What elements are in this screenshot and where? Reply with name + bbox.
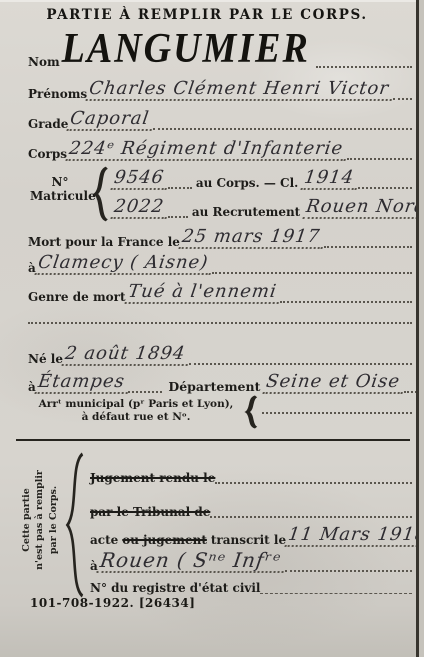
departement-value: Seine et Oise: [263, 373, 406, 394]
tribunal-label: par le Tribunal de: [90, 506, 210, 520]
jugement-label: Jugement rendu le: [90, 472, 215, 486]
field-genre-mort: Genre de mort Tué à l'ennemi: [28, 278, 412, 305]
dotted-line: [280, 301, 412, 303]
matricule-label: N° Matricule.: [30, 176, 90, 204]
dotted-line: [393, 98, 412, 100]
card-edge-line: [416, 0, 419, 657]
sidebar-note: Cette partie n'est pas à remplir par le …: [20, 450, 60, 590]
mort-label: Mort pour la France le: [28, 236, 180, 250]
dotted-line: [189, 363, 412, 365]
arr-label-line2: à défaut rue et Nᵒ.: [32, 411, 240, 424]
arr-brace: [246, 396, 257, 428]
dotted-line: [128, 391, 162, 393]
recrutement-value: Rouen Nord: [303, 198, 424, 219]
sidebar-note-line1: Cette partie: [20, 450, 33, 590]
section-divider: [16, 439, 410, 441]
arr-label: Arrᵗ municipal (pʳ Paris et Lyon), à déf…: [32, 398, 240, 424]
field-acte-lieu: à Rouen ( Sⁿᵉ Infʳᵉ: [90, 546, 412, 574]
footer-reference: 101-708-1922. [26434]: [30, 596, 195, 610]
acte-lieu-value: Rouen ( Sⁿᵉ Infʳᵉ: [96, 550, 286, 573]
matricule-corps-label: au Corps. — Cl.: [192, 177, 303, 191]
field-mort-date: Mort pour la France le 25 mars 1917: [28, 224, 412, 250]
departement-label: Département: [162, 380, 264, 395]
dotted-line: [215, 482, 412, 484]
matricule-label-line1: N°: [30, 176, 90, 190]
matricule-brace: [94, 167, 108, 221]
genre-value: Tué à l'ennemi: [124, 283, 281, 304]
field-matricule-corps: 9546 au Corps. — Cl. 1914: [112, 167, 412, 191]
genre-label: Genre de mort: [28, 291, 126, 305]
corps-value: 224ᵉ Régiment d'Infanterie: [66, 140, 349, 161]
dotted-line: [210, 516, 412, 518]
dotted-line: [358, 187, 412, 189]
record-card: PARTIE À REMPLIR PAR LE CORPS. Nom LANGU…: [0, 0, 424, 657]
dotted-line: [347, 158, 412, 160]
field-ne-date: Né le 2 août 1894: [28, 340, 412, 367]
section-brace: [66, 452, 84, 598]
dotted-line: [168, 187, 192, 189]
field-grade: Grade Caporal: [28, 106, 412, 132]
matricule-corps-value: 9546: [111, 169, 170, 190]
dotted-line: [168, 216, 188, 218]
arr-label-line1: Arrᵗ municipal (pʳ Paris et Lyon),: [32, 398, 240, 411]
ne-lieu-value: Étampes: [34, 373, 130, 394]
field-jugement: Jugement rendu le: [90, 462, 412, 486]
acte-date-value: 11 Mars 1918: [285, 526, 424, 547]
prenoms-label: Prénoms: [28, 88, 87, 102]
nom-value: LANGUMIER: [60, 29, 316, 70]
field-mort-lieu: à Clamecy ( Aisne): [28, 251, 412, 276]
matricule-recrutement-value: 2022: [111, 198, 170, 219]
field-nom: Nom LANGUMIER: [28, 28, 412, 70]
registre-label: N° du registre d'état civil: [90, 582, 260, 596]
dashed-line: [260, 593, 412, 594]
prenoms-value: Charles Clément Henri Victor: [86, 80, 395, 101]
grade-value: Caporal: [67, 110, 155, 131]
dotted-line: [153, 128, 412, 130]
dotted-line: [316, 66, 412, 68]
sidebar-note-line2: n'est pas à remplir: [33, 450, 46, 590]
ne-date-value: 2 août 1894: [62, 345, 191, 366]
blank-line: [28, 312, 412, 326]
section-header: PARTIE À REMPLIR PAR LE CORPS.: [0, 7, 414, 23]
mort-date-value: 25 mars 1917: [178, 228, 325, 249]
mort-lieu-value: Clamecy ( Aisne): [34, 254, 213, 275]
dotted-line: [324, 246, 412, 248]
grade-label: Grade: [28, 118, 68, 132]
paper-right-edge: [419, 0, 424, 657]
paper-top-edge: [0, 0, 424, 2]
classe-value: 1914: [301, 169, 360, 190]
matricule-label-line2: Matricule.: [30, 190, 90, 204]
recrutement-label: au Recrutement: [188, 206, 304, 220]
nom-label: Nom: [28, 56, 60, 70]
field-acte-transcrit: acte ou jugement transcrit le 11 Mars 19…: [90, 522, 412, 548]
corps-label: Corps: [28, 148, 67, 162]
arr-blank-line: [262, 398, 412, 416]
field-matricule-recrutement: 2022 au Recrutement Rouen Nord: [112, 194, 412, 220]
sidebar-note-line3: par le Corps.: [47, 450, 60, 590]
ne-label: Né le: [28, 353, 63, 367]
dotted-line: [262, 412, 412, 414]
field-registre: N° du registre d'état civil: [90, 572, 412, 596]
field-ne-lieu: à Étampes Département Seine et Oise: [28, 368, 424, 395]
field-prenoms: Prénoms Charles Clément Henri Victor: [28, 76, 412, 102]
field-tribunal: par le Tribunal de: [90, 496, 412, 520]
dotted-line: [212, 272, 412, 274]
field-corps: Corps 224ᵉ Régiment d'Infanterie: [28, 134, 412, 162]
dotted-line: [28, 322, 412, 324]
